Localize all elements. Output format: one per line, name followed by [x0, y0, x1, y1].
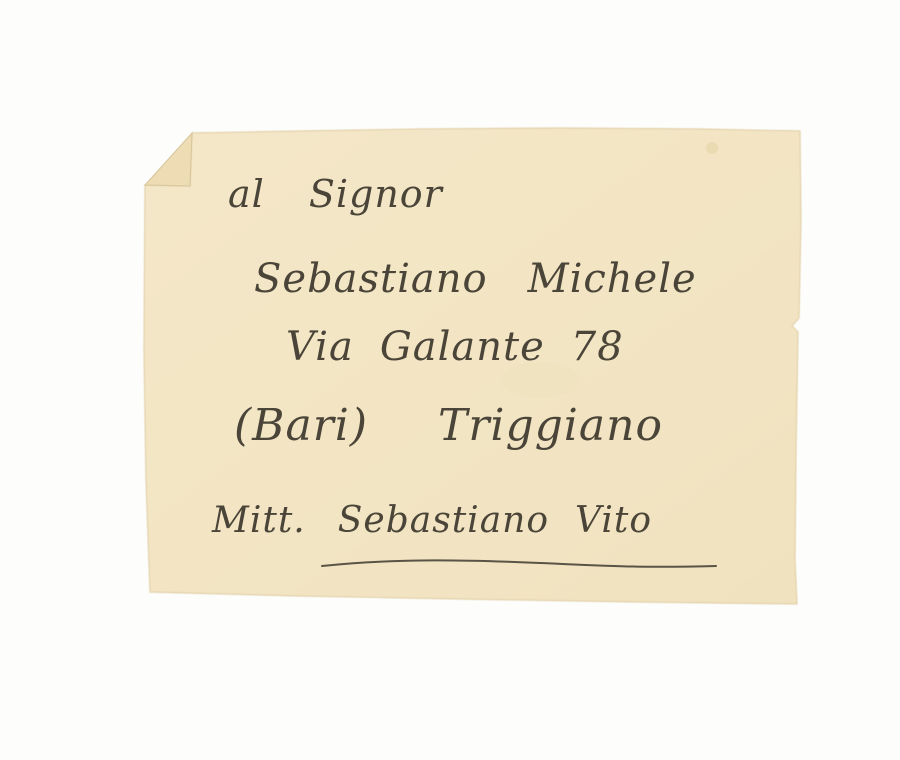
- recipient-surname: Sebastiano: [254, 256, 488, 302]
- salutation-signor: Signor: [309, 172, 443, 216]
- street-number: 78: [571, 324, 624, 370]
- sender-label: Mitt.: [212, 500, 306, 541]
- street-line: ViaGalante78: [286, 324, 624, 370]
- recipient-name-line: SebastianoMichele: [254, 256, 697, 302]
- street-via: Via: [286, 324, 354, 370]
- scanned-document: alSignor SebastianoMichele ViaGalante78 …: [0, 0, 900, 760]
- sender-first-name: Vito: [575, 500, 652, 541]
- paper-slip: [0, 0, 900, 760]
- salutation-line: alSignor: [228, 172, 443, 216]
- sender-surname: Sebastiano: [338, 500, 549, 541]
- city-line: (Bari)Triggiano: [234, 400, 663, 451]
- city: Triggiano: [438, 400, 663, 451]
- province: (Bari): [234, 400, 368, 451]
- sender-line: Mitt.SebastianoVito: [212, 500, 652, 541]
- salutation-al: al: [228, 172, 265, 216]
- recipient-first-name: Michele: [528, 256, 697, 302]
- street-name: Galante: [380, 324, 545, 370]
